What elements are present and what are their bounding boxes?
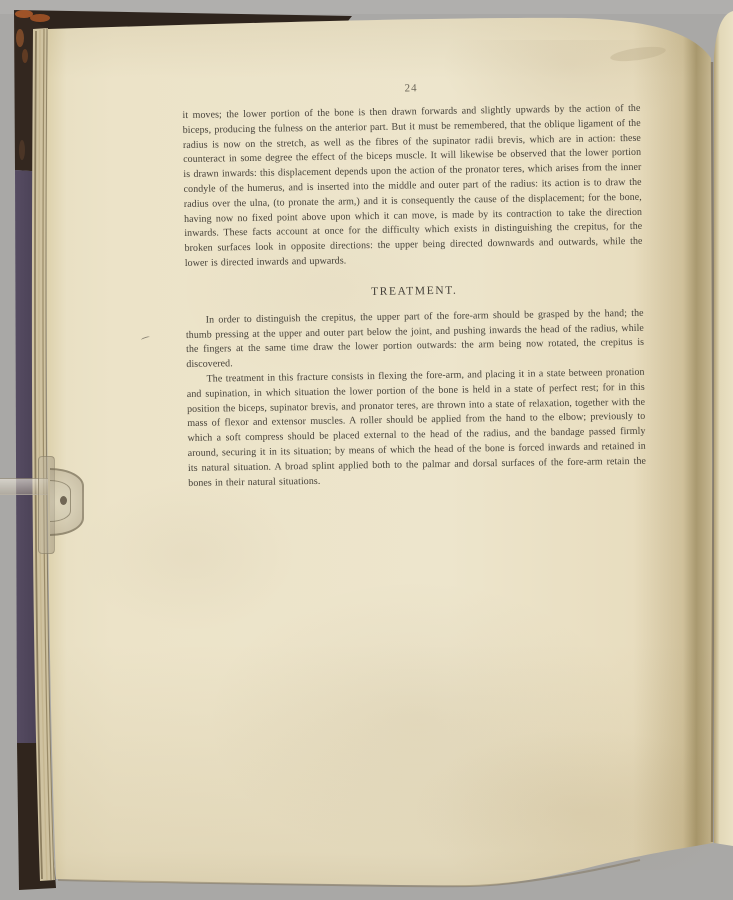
page-content: 24 it moves; the lower portion of the bo…: [182, 79, 646, 491]
facing-page-sliver: [714, 11, 733, 846]
book-scan: 24 it moves; the lower portion of the bo…: [0, 0, 733, 900]
paragraph-crepitus: In order to distinguish the crepitus, th…: [186, 307, 645, 373]
paragraph-treatment: The treatment in this fracture consists …: [187, 366, 647, 492]
section-heading: TREATMENT.: [185, 282, 643, 301]
paragraph-continuation: it moves; the lower portion of the bone …: [182, 102, 643, 272]
